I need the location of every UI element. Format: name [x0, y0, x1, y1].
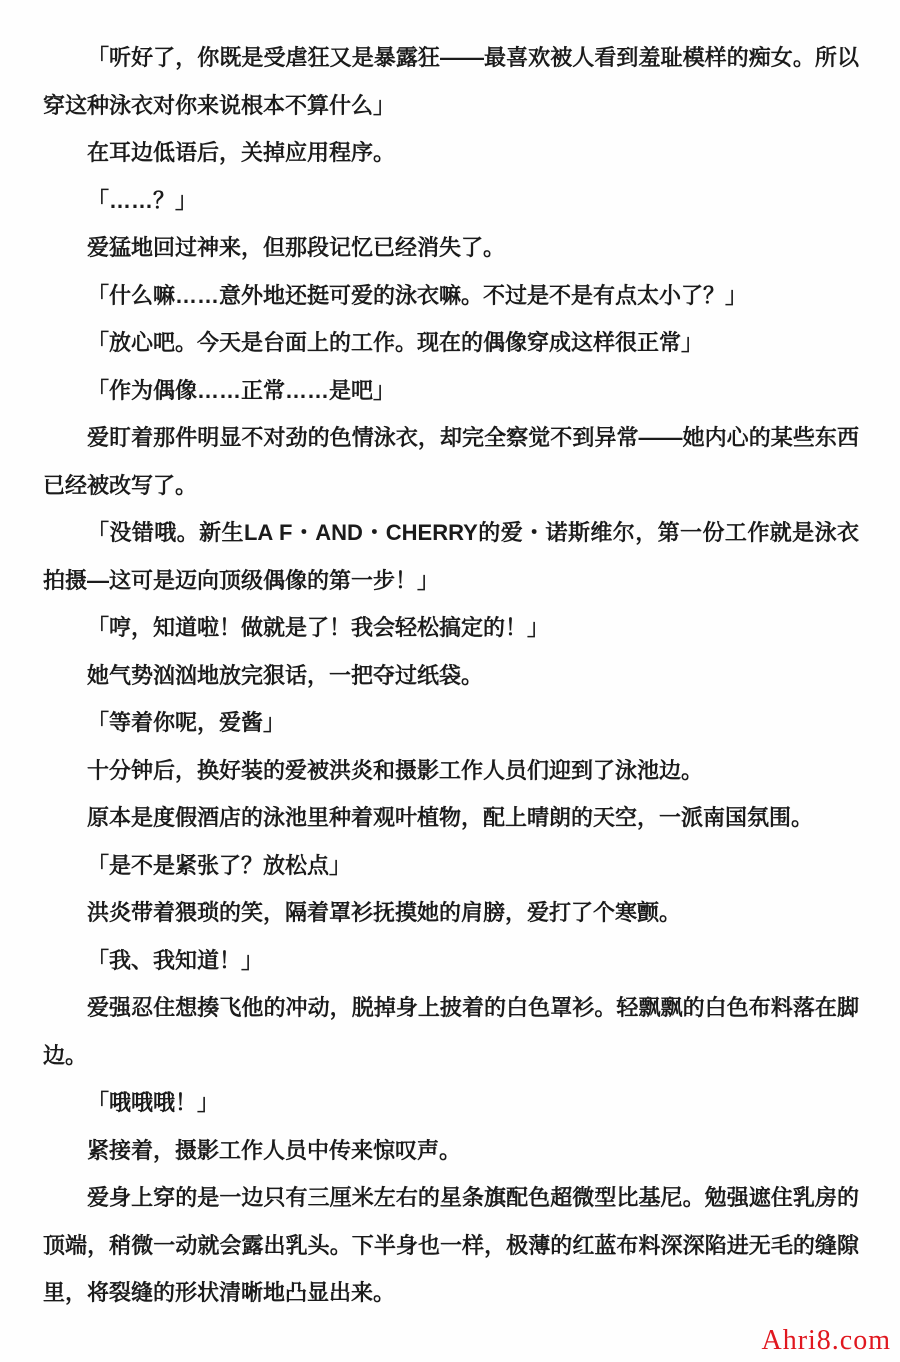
paragraph: 她气势汹汹地放完狠话，一把夺过纸袋。	[43, 652, 859, 700]
paragraph: 「是不是紧张了？放松点」	[43, 842, 859, 890]
document-page: 「听好了，你既是受虐狂又是暴露狂——最喜欢被人看到羞耻模样的痴女。所以穿这种泳衣…	[0, 0, 900, 1362]
paragraph: 「放心吧。今天是台面上的工作。现在的偶像穿成这样很正常」	[43, 319, 859, 367]
paragraph: 爱盯着那件明显不对劲的色情泳衣，却完全察觉不到异常——她内心的某些东西已经被改写…	[43, 414, 859, 509]
paragraph: 爱强忍住想揍飞他的冲动，脱掉身上披着的白色罩衫。轻飘飘的白色布料落在脚边。	[43, 984, 859, 1079]
site-watermark: Ahri8.com	[761, 1325, 891, 1357]
paragraph: 「……？」	[43, 177, 859, 225]
paragraph: 爱猛地回过神来，但那段记忆已经消失了。	[43, 224, 859, 272]
paragraph: 「作为偶像……正常……是吧」	[43, 367, 859, 415]
paragraph: 紧接着，摄影工作人员中传来惊叹声。	[43, 1127, 859, 1175]
paragraph: 「什么嘛……意外地还挺可爱的泳衣嘛。不过是不是有点太小了？」	[43, 272, 859, 320]
story-text: 「听好了，你既是受虐狂又是暴露狂——最喜欢被人看到羞耻模样的痴女。所以穿这种泳衣…	[43, 34, 859, 1317]
paragraph: 「哼，知道啦！做就是了！我会轻松搞定的！」	[43, 604, 859, 652]
paragraph: 爱身上穿的是一边只有三厘米左右的星条旗配色超微型比基尼。勉强遮住乳房的顶端，稍微…	[43, 1174, 859, 1317]
paragraph: 十分钟后，换好装的爱被洪炎和摄影工作人员们迎到了泳池边。	[43, 747, 859, 795]
paragraph: 「听好了，你既是受虐狂又是暴露狂——最喜欢被人看到羞耻模样的痴女。所以穿这种泳衣…	[43, 34, 859, 129]
paragraph: 「我、我知道！」	[43, 937, 859, 985]
paragraph: 原本是度假酒店的泳池里种着观叶植物，配上晴朗的天空，一派南国氛围。	[43, 794, 859, 842]
paragraph: 「等着你呢，爱酱」	[43, 699, 859, 747]
paragraph: 在耳边低语后，关掉应用程序。	[43, 129, 859, 177]
paragraph: 「哦哦哦！」	[43, 1079, 859, 1127]
paragraph: 洪炎带着猥琐的笑，隔着罩衫抚摸她的肩膀，爱打了个寒颤。	[43, 889, 859, 937]
paragraph: 「没错哦。新生LA F・AND・CHERRY的爱・诺斯维尔，第一份工作就是泳衣拍…	[43, 509, 859, 604]
